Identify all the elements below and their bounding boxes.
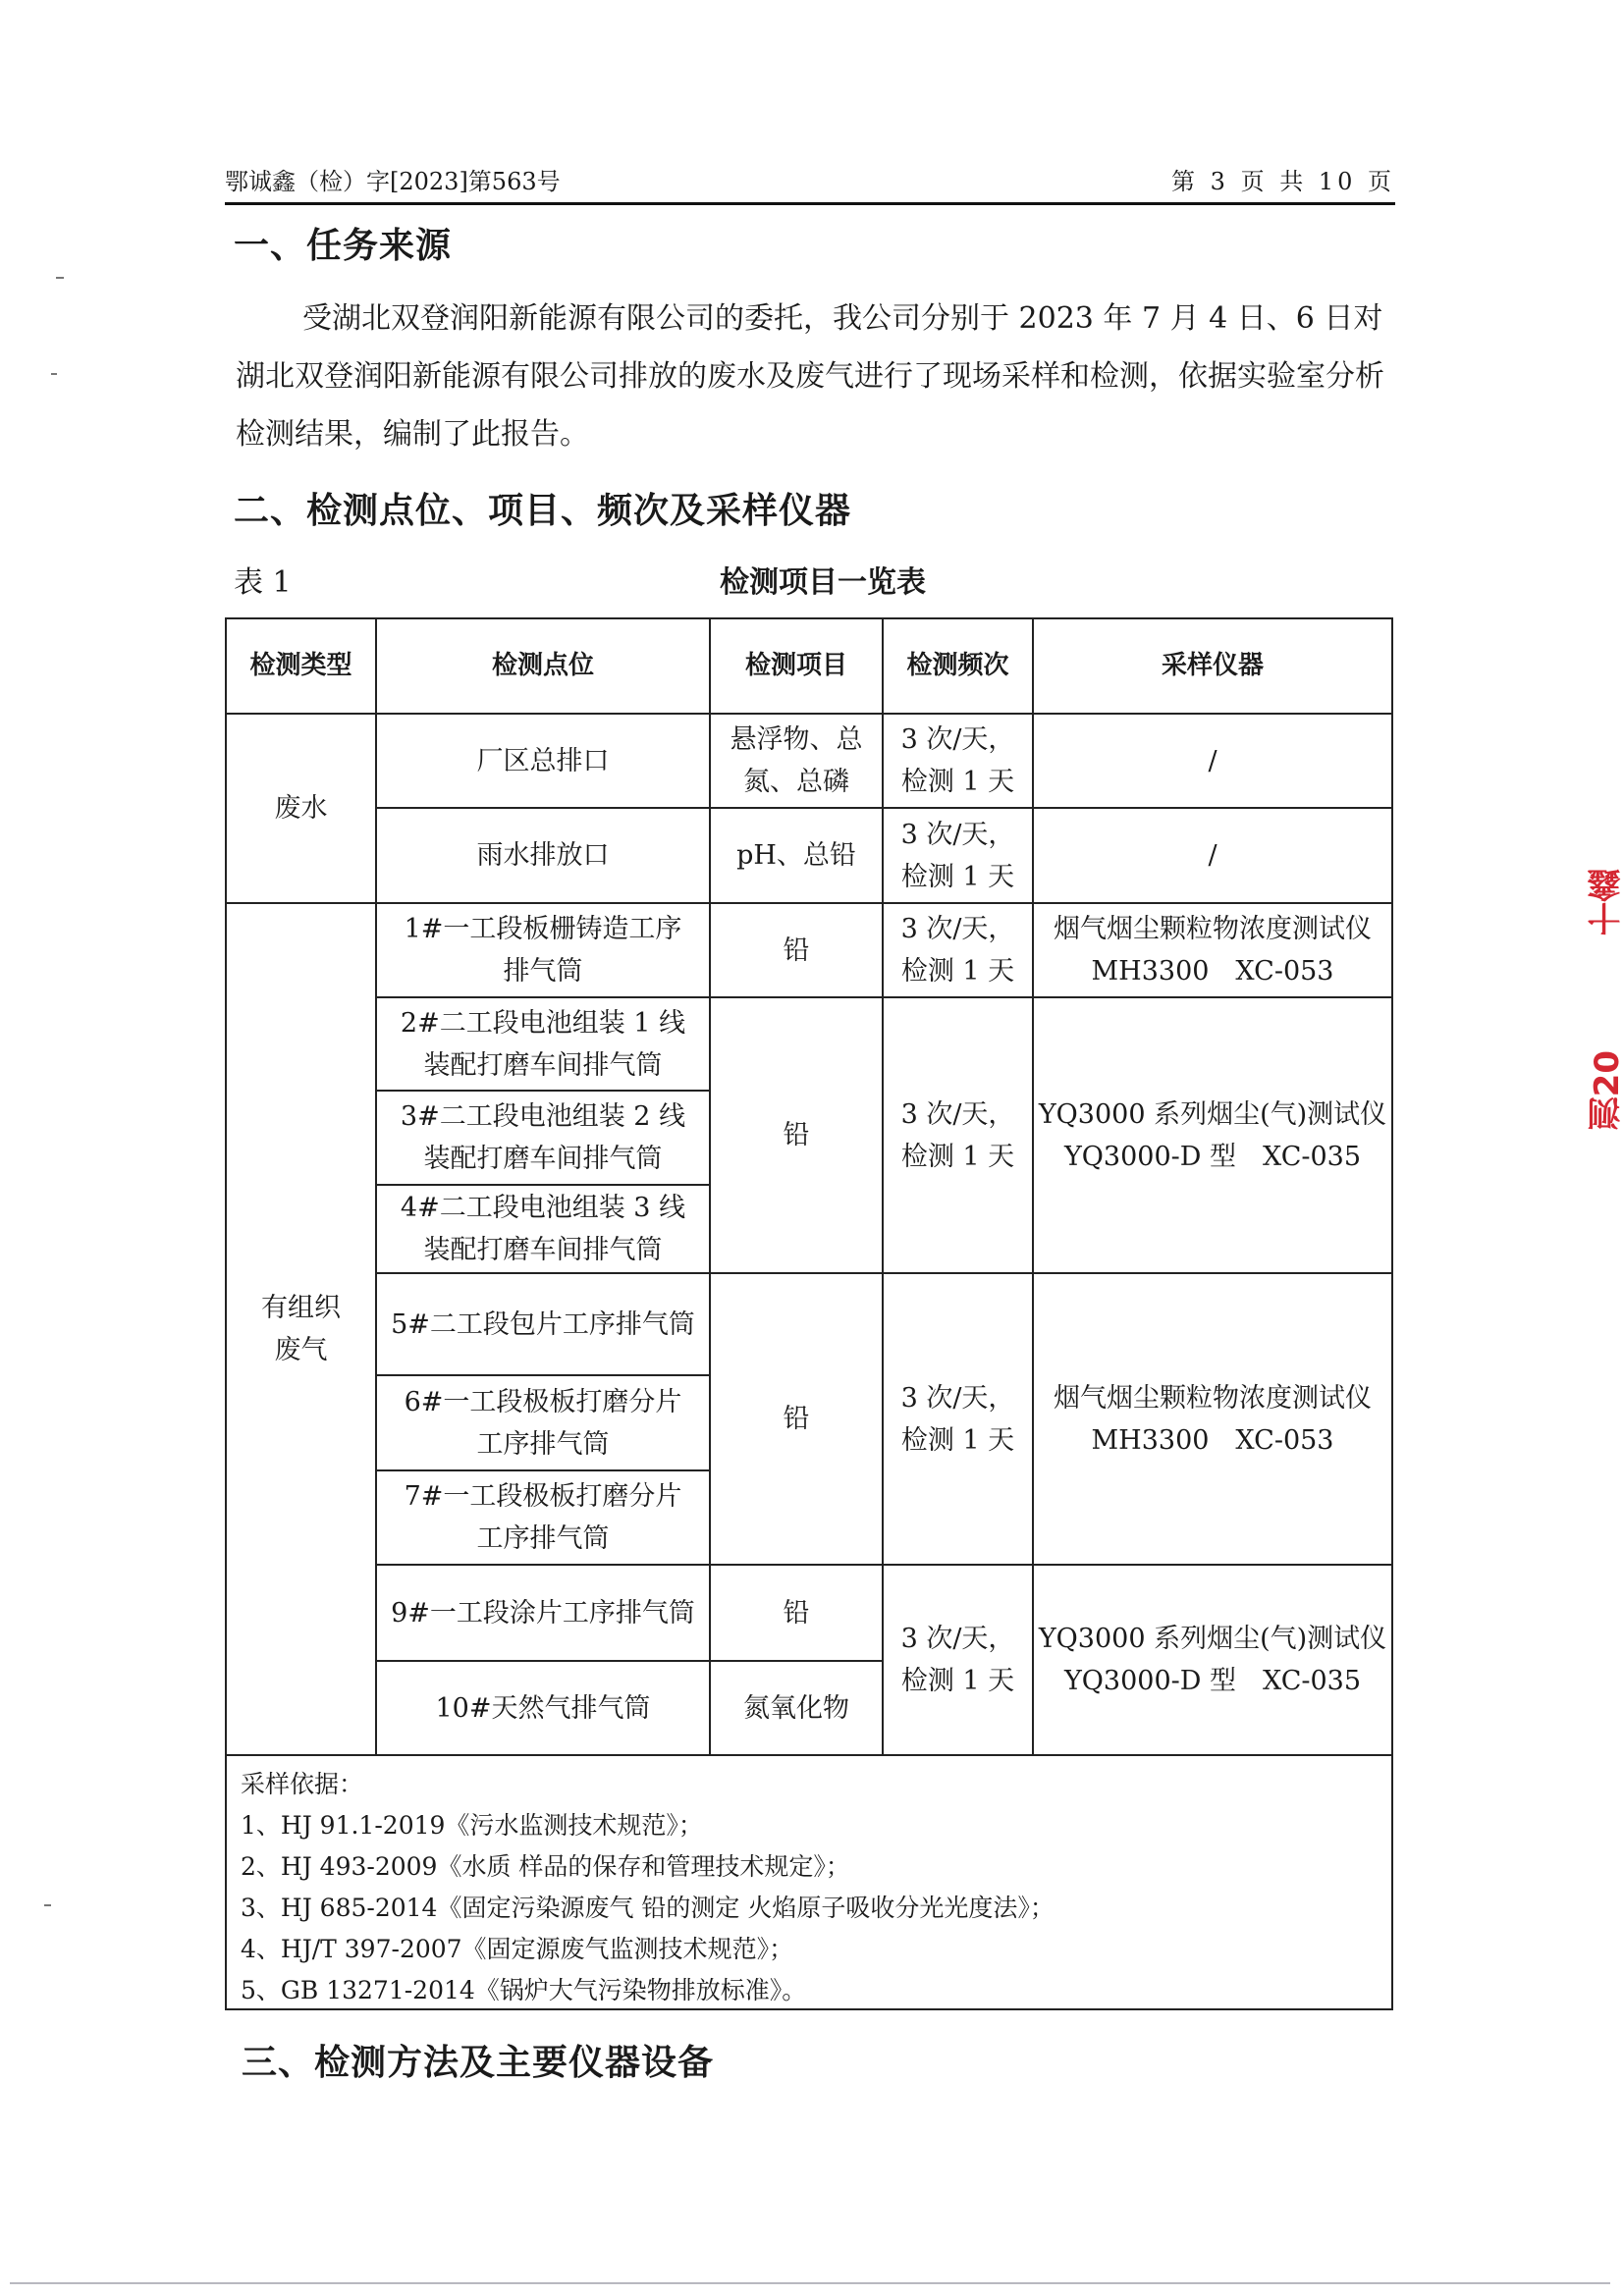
point-cell: 7#一工段极板打磨分片工序排气筒 [377, 1471, 711, 1566]
scan-speck [56, 277, 64, 279]
point-cell: 1#一工段板栅铸造工序排气筒 [377, 904, 711, 998]
item-cell: 铅 [711, 1566, 884, 1662]
frequency-line: 检测 1 天 [901, 856, 1014, 898]
point-cell: 10#天然气排气筒 [377, 1662, 711, 1756]
point-cell: 6#一工段极板打磨分片工序排气筒 [377, 1376, 711, 1471]
section-2-title: 二、检测点位、项目、频次及采样仪器 [234, 483, 851, 533]
item-cell: 氮氧化物 [711, 1662, 884, 1756]
frequency-cell: 3 次/天，检测 1 天 [884, 1274, 1034, 1566]
monitoring-items-table: 检测类型 检测点位 检测项目 检测频次 采样仪器 废水 厂区总排口 悬浮物、总氮… [225, 617, 1393, 2010]
section-1-paragraph: 受湖北双登润阳新能源有限公司的委托，我公司分别于 2023 年 7 月 4 日、… [236, 290, 1394, 463]
item-cell: 铅 [711, 998, 884, 1274]
instrument-cell: YQ3000 系列烟尘(气)测试仪YQ3000-D 型 XC-035 [1034, 1566, 1391, 1756]
point-line: 4#二工段电池组装 3 线 [401, 1187, 685, 1229]
item-line: 悬浮物、总 [730, 719, 863, 761]
frequency-line: 3 次/天， [901, 908, 1015, 950]
column-header-instrument: 采样仪器 [1034, 619, 1391, 715]
document-number: 鄂诚鑫（检）字[2023]第563号 [225, 162, 561, 196]
point-line: 工序排气筒 [477, 1423, 610, 1466]
frequency-line: 检测 1 天 [901, 1419, 1014, 1462]
sampling-basis-item: 3、HJ 685-2014《固定污染源废气 铅的测定 火焰原子吸收分光光度法》； [241, 1888, 1391, 1929]
point-line: 装配打磨车间排气筒 [424, 1044, 663, 1087]
type-line: 有组织 [261, 1287, 341, 1329]
frequency-line: 3 次/天， [901, 814, 1015, 856]
frequency-line: 检测 1 天 [901, 1136, 1014, 1178]
point-cell: 2#二工段电池组装 1 线装配打磨车间排气筒 [377, 998, 711, 1092]
point-cell: 9#一工段涂片工序排气筒 [377, 1566, 711, 1662]
frequency-cell: 3 次/天，检测 1 天 [884, 715, 1034, 809]
column-header-item: 检测项目 [711, 619, 884, 715]
point-line: 排气筒 [504, 950, 583, 992]
table-label: 表 1 [234, 558, 292, 601]
section-3-title: 三、检测方法及主要仪器设备 [242, 2035, 714, 2085]
frequency-line: 3 次/天， [901, 1377, 1015, 1419]
instrument-line: YQ3000-D 型 XC-035 [1064, 1660, 1361, 1702]
scan-speck [44, 1904, 51, 1906]
item-cell: 铅 [711, 904, 884, 998]
point-line: 3#二工段电池组装 2 线 [401, 1095, 685, 1138]
instrument-line: 烟气烟尘颗粒物浓度测试仪 [1054, 1377, 1372, 1419]
type-cell-organized-exhaust: 有组织废气 [227, 904, 377, 1756]
column-header-frequency: 检测频次 [884, 619, 1034, 715]
instrument-cell: 烟气烟尘颗粒物浓度测试仪MH3300 XC-053 [1034, 1274, 1391, 1566]
point-cell: 雨水排放口 [377, 809, 711, 904]
paragraph-text: 受湖北双登润阳新能源有限公司的委托，我公司分别于 2023 年 7 月 4 日、… [236, 301, 1384, 452]
point-cell: 厂区总排口 [377, 715, 711, 809]
sampling-basis: 采样依据： 1、HJ 91.1-2019《污水监测技术规范》； 2、HJ 493… [227, 1756, 1391, 2008]
point-line: 1#一工段板栅铸造工序 [405, 908, 682, 950]
point-line: 6#一工段极板打磨分片 [405, 1381, 682, 1423]
point-line: 2#二工段电池组装 1 线 [401, 1002, 685, 1044]
sampling-basis-item: 5、GB 13271-2014《锅炉大气污染物排放标准》。 [241, 1970, 1391, 2011]
seal-stamp-fragment-bottom: 测20 [1583, 1050, 1623, 1130]
frequency-line: 3 次/天， [901, 719, 1015, 761]
instrument-line: 烟气烟尘颗粒物浓度测试仪 [1054, 908, 1372, 950]
instrument-cell: / [1034, 809, 1391, 904]
type-cell-wastewater: 废水 [227, 715, 377, 904]
instrument-cell: 烟气烟尘颗粒物浓度测试仪MH3300 XC-053 [1034, 904, 1391, 998]
column-header-point: 检测点位 [377, 619, 711, 715]
instrument-cell: / [1034, 715, 1391, 809]
frequency-cell: 3 次/天，检测 1 天 [884, 998, 1034, 1274]
type-line: 废气 [275, 1329, 328, 1371]
frequency-cell: 3 次/天，检测 1 天 [884, 1566, 1034, 1756]
point-line: 工序排气筒 [477, 1518, 610, 1560]
instrument-line: YQ3000-D 型 XC-035 [1064, 1136, 1361, 1178]
sampling-basis-item: 4、HJ/T 397-2007《固定源废气监测技术规范》； [241, 1929, 1391, 1970]
point-line: 7#一工段极板打磨分片 [405, 1475, 682, 1518]
point-cell: 3#二工段电池组装 2 线装配打磨车间排气筒 [377, 1092, 711, 1186]
point-line: 装配打磨车间排气筒 [424, 1229, 663, 1271]
item-cell: 悬浮物、总氮、总磷 [711, 715, 884, 809]
column-header-type: 检测类型 [227, 619, 377, 715]
instrument-line: YQ3000 系列烟尘(气)测试仪 [1039, 1094, 1386, 1136]
frequency-line: 检测 1 天 [901, 1660, 1014, 1702]
frequency-line: 3 次/天， [901, 1094, 1015, 1136]
sampling-basis-item: 2、HJ 493-2009《水质 样品的保存和管理技术规定》； [241, 1846, 1391, 1888]
instrument-cell: YQ3000 系列烟尘(气)测试仪YQ3000-D 型 XC-035 [1034, 998, 1391, 1274]
page-header: 鄂诚鑫（检）字[2023]第563号 第 3 页 共 10 页 [225, 157, 1395, 205]
sampling-basis-title: 采样依据： [241, 1764, 1391, 1805]
instrument-line: YQ3000 系列烟尘(气)测试仪 [1039, 1618, 1386, 1660]
instrument-line: MH3300 XC-053 [1092, 1419, 1334, 1462]
item-cell: pH、总铅 [711, 809, 884, 904]
frequency-line: 3 次/天， [901, 1618, 1015, 1660]
page-indicator: 第 3 页 共 10 页 [1171, 162, 1395, 196]
instrument-line: MH3300 XC-053 [1092, 950, 1334, 992]
sampling-basis-item: 1、HJ 91.1-2019《污水监测技术规范》； [241, 1805, 1391, 1846]
section-1-title: 一、任务来源 [234, 218, 452, 268]
point-line: 装配打磨车间排气筒 [424, 1138, 663, 1180]
scan-speck [51, 373, 57, 375]
item-cell: 铅 [711, 1274, 884, 1566]
frequency-cell: 3 次/天，检测 1 天 [884, 809, 1034, 904]
scan-edge-line [10, 2282, 1610, 2284]
frequency-line: 检测 1 天 [901, 950, 1014, 992]
point-cell: 5#二工段包片工序排气筒 [377, 1274, 711, 1376]
table-title: 检测项目一览表 [720, 558, 926, 601]
point-cell: 4#二工段电池组装 3 线装配打磨车间排气筒 [377, 1186, 711, 1274]
frequency-cell: 3 次/天，检测 1 天 [884, 904, 1034, 998]
item-line: 氮、总磷 [743, 761, 849, 803]
frequency-line: 检测 1 天 [901, 761, 1014, 803]
seal-stamp-fragment-top: 十鑫 [1583, 869, 1623, 935]
